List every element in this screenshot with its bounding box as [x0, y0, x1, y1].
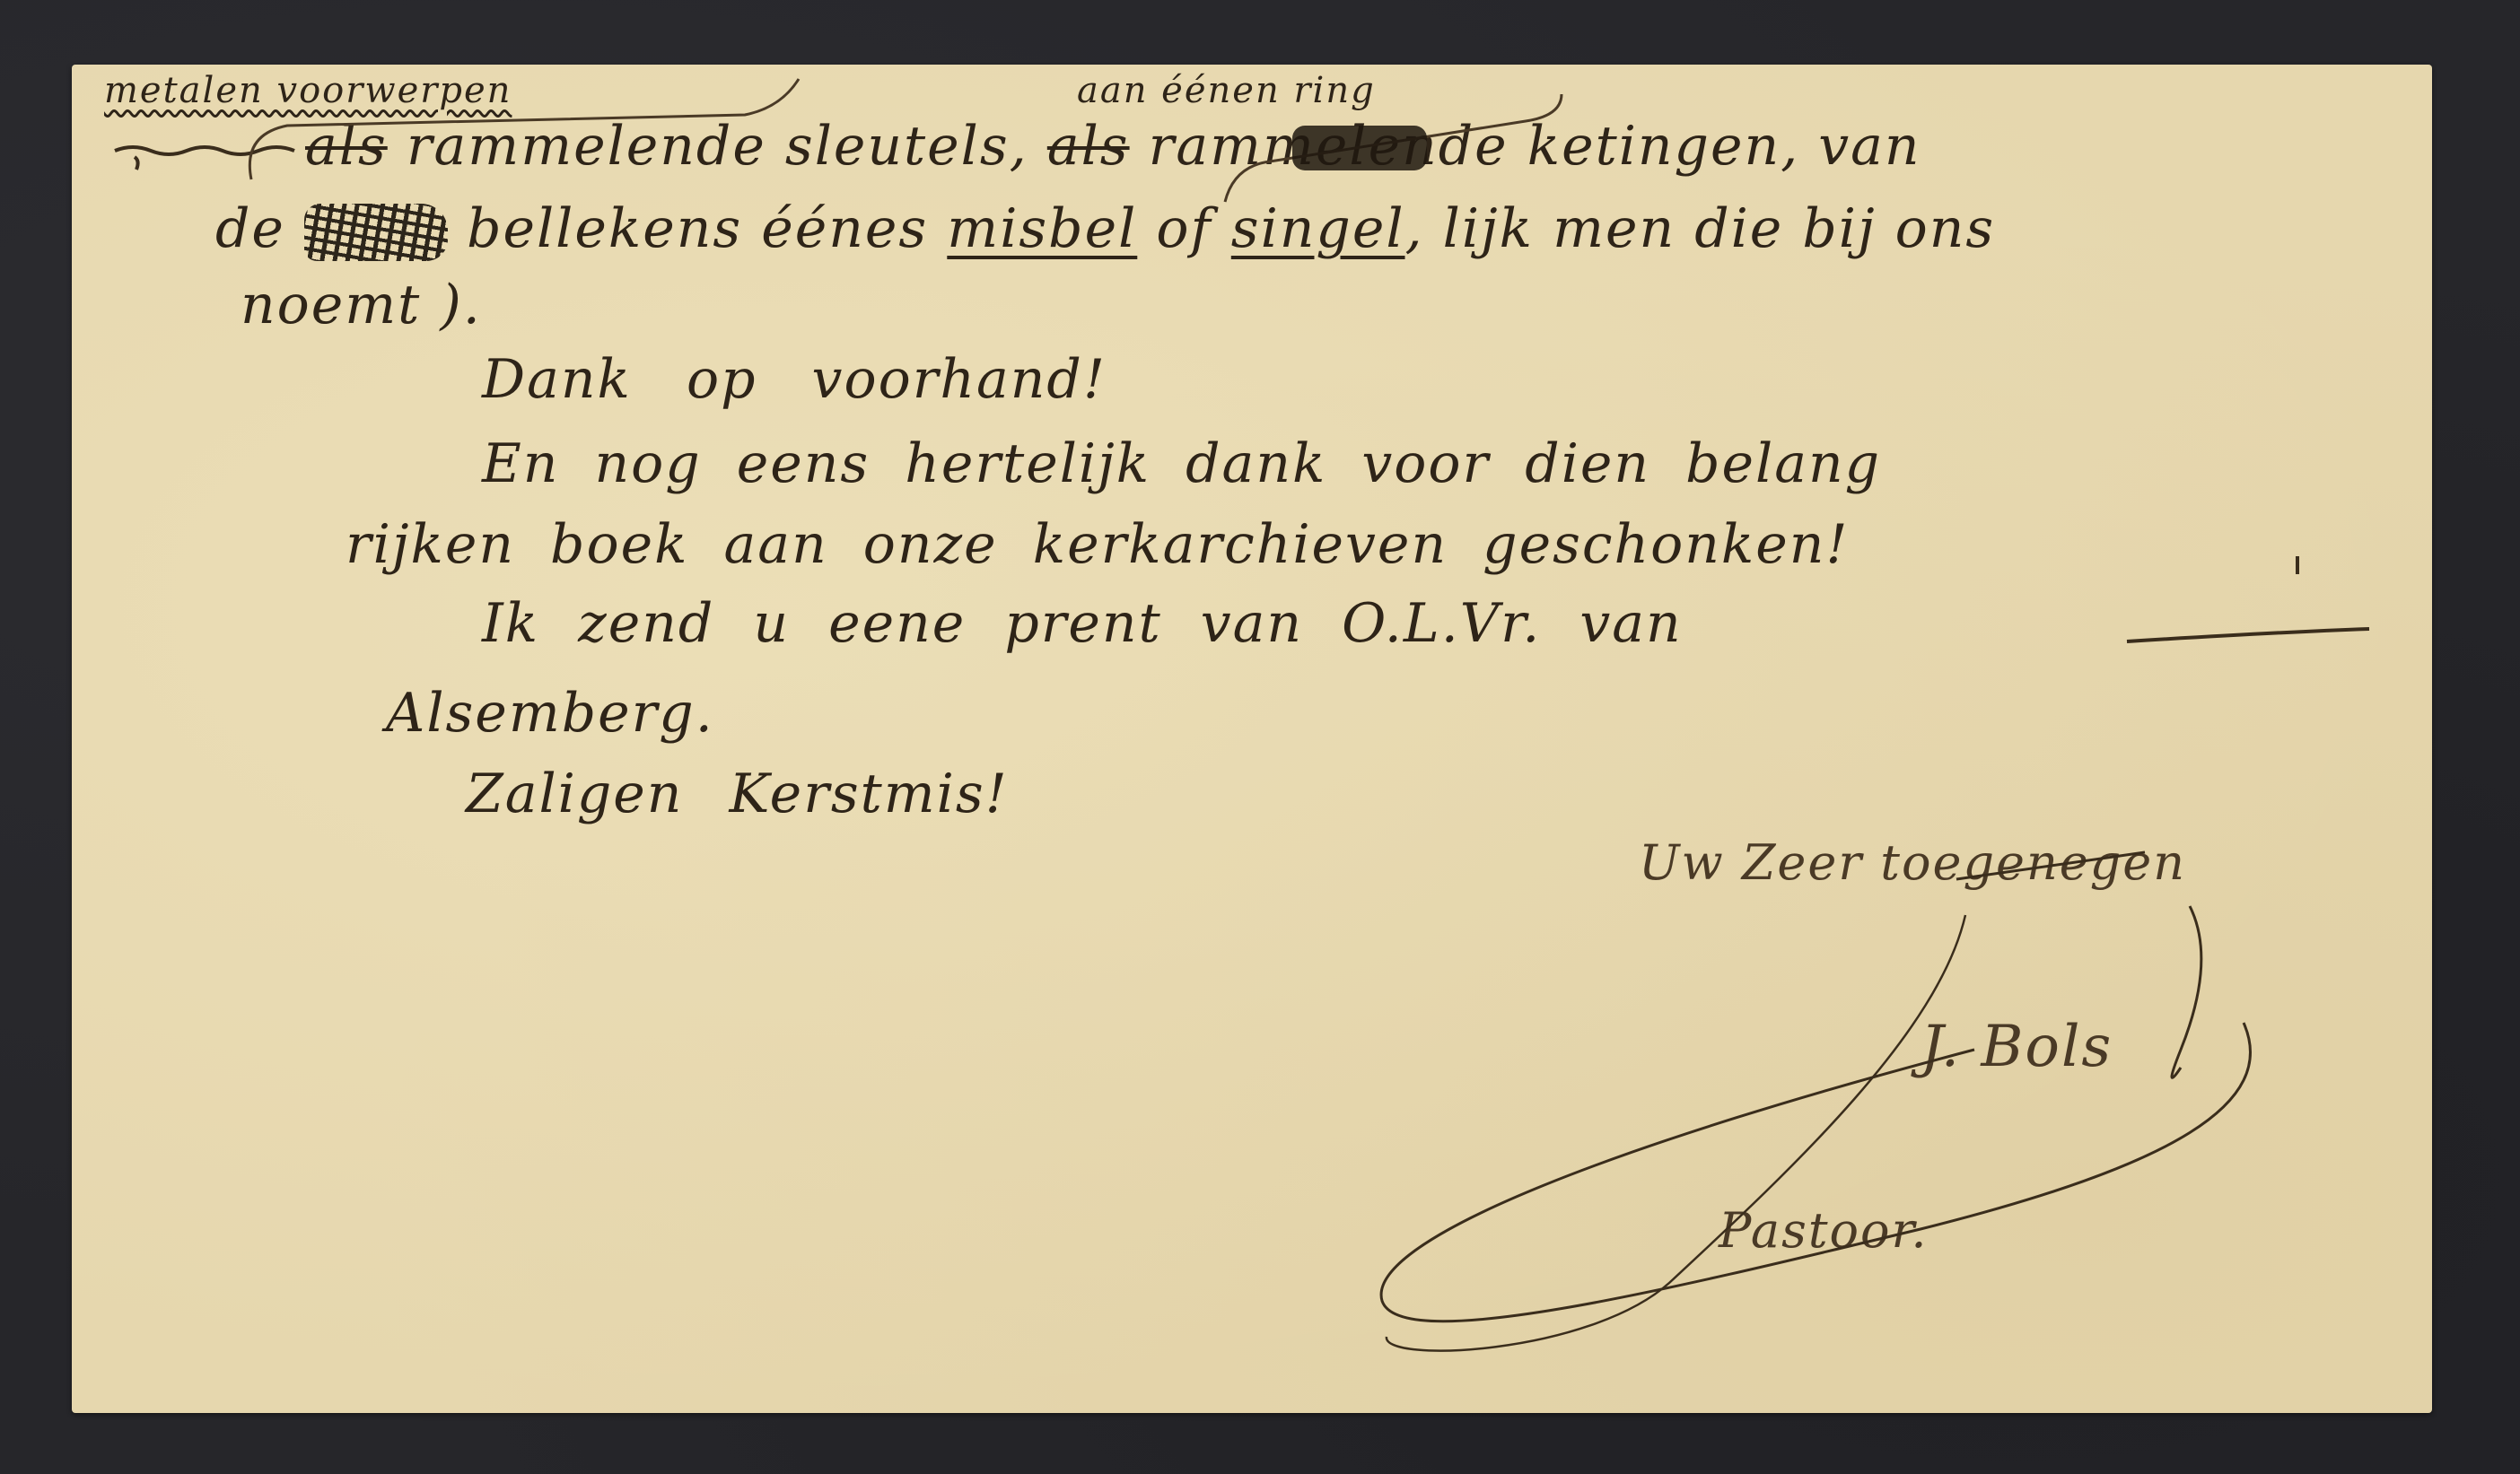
signature: J. Bols — [1921, 1014, 2113, 1080]
above-line-insertion: aan éénen ring — [1077, 70, 1376, 111]
text-line-4: Dank op voorhand! — [482, 348, 1107, 411]
line-2-prefix: de — [215, 197, 285, 260]
text-line-1: als rammelende sleutels, als rammelende … — [305, 115, 1921, 178]
text-line-7: Ik zend u eene prent van O.L.Vr. van — [482, 592, 1683, 655]
line-2-segment-c: , lijk men die bij ons — [1405, 197, 1996, 260]
line-1-segment-b: rammelende ketingen, van — [1149, 115, 1921, 178]
text-line-9: Zaligen Kerstmis! — [466, 763, 1009, 825]
text-line-8: Alsemberg. — [386, 682, 714, 745]
struck-word: als — [1047, 115, 1130, 178]
text-line-6: rijken boek aan onze kerkarchieven gesch… — [346, 513, 1850, 576]
struck-word: als — [305, 115, 388, 178]
scribbled-out-word — [304, 204, 448, 261]
title-pastoor: Pastoor. — [1719, 1202, 1929, 1259]
text-line-5: En nog eens hertelijk dank voor dien bel… — [482, 432, 1881, 495]
line-2-segment-a: bellekens éénes — [467, 197, 928, 260]
valediction: Uw Zeer toegenegen — [1639, 834, 2186, 891]
underlined-word-misbel: misbel — [947, 197, 1137, 260]
line-2-segment-b: of — [1156, 197, 1212, 260]
text-line-3: noemt ). — [241, 274, 482, 336]
line-1-segment-a: rammelende sleutels, — [407, 115, 1028, 178]
underlined-word-singel: singel — [1231, 197, 1405, 260]
margin-insertion-note: metalen voorwerpen — [104, 70, 512, 111]
text-line-2: de bellekens éénes misbel of singel, lij… — [215, 197, 1995, 261]
